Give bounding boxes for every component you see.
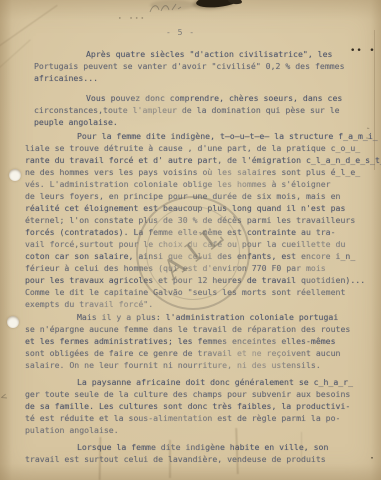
pencil-dots: ∙ ∙∙∙	[118, 15, 146, 22]
text-line: se n'épargne aucune femme dans le travai…	[25, 323, 369, 335]
ink-speck: ·	[369, 453, 375, 464]
pencil-scribble-icon	[148, 1, 188, 15]
paragraph: Lorsque la femme dite indigène habite en…	[25, 441, 369, 465]
text-line: Vous pouvez donc comprendre, chères soeu…	[34, 92, 369, 104]
text-line: Portugais peuvent se vanter d'avoir "civ…	[34, 60, 369, 72]
text-line: africaines...	[34, 72, 369, 84]
text-line: liale se trouve détruite à cause , d'une…	[25, 142, 369, 154]
crease-line	[169, 440, 171, 478]
text-line: et les fermes administratives; les femme…	[25, 335, 369, 347]
text-line: pulation angolaise.	[25, 424, 369, 436]
paragraph: Vous pouvez donc comprendre, chères soeu…	[25, 92, 369, 128]
text-line: peuple angolaise.	[34, 116, 369, 128]
embossed-stamp: AIL	[136, 196, 250, 310]
text-line: Pour la femme dite indigène, t̶o̶u̶t̶e̶ …	[25, 130, 369, 142]
scanned-document-page: ∙ ∙∙∙ - 5 - •• • - - < · Après quatre si…	[0, 0, 381, 480]
text-line: La paysanne africaine doit donc générale…	[25, 376, 369, 388]
text-line: Après quatre siècles "d'action civilisat…	[34, 48, 369, 60]
text-line: circonstances,toute l'ampleur de la domi…	[34, 104, 369, 116]
text-line: rante du travail forcé et d' autre part,…	[25, 154, 369, 166]
text-line: ger toute seule de la culture des champs…	[25, 388, 369, 400]
crease-line	[301, 432, 302, 462]
text-line: de sa famille. Les cultures sont donc tr…	[25, 400, 369, 412]
text-line: Lorsque la femme dite indigène habite en…	[25, 441, 369, 453]
page-edge-crease	[374, 30, 375, 170]
paragraph: Après quatre siècles "d'action civilisat…	[25, 48, 369, 84]
pencil-mark: <	[0, 391, 9, 403]
text-line: travail est surtout celui de lavandière,…	[25, 453, 369, 465]
text-line: té est réduite et la sous-alimentation e…	[25, 412, 369, 424]
hole-punch	[7, 316, 19, 328]
stamp-text: AIL	[113, 173, 273, 333]
text-line: salaire. On ne leur fournit ni nourritur…	[25, 359, 369, 371]
page-number: - 5 -	[166, 28, 195, 37]
paragraph: La paysanne africaine doit donc générale…	[25, 376, 369, 436]
hole-punch	[9, 169, 21, 181]
text-line: sont obligées de faire ce genre de trava…	[25, 347, 369, 359]
